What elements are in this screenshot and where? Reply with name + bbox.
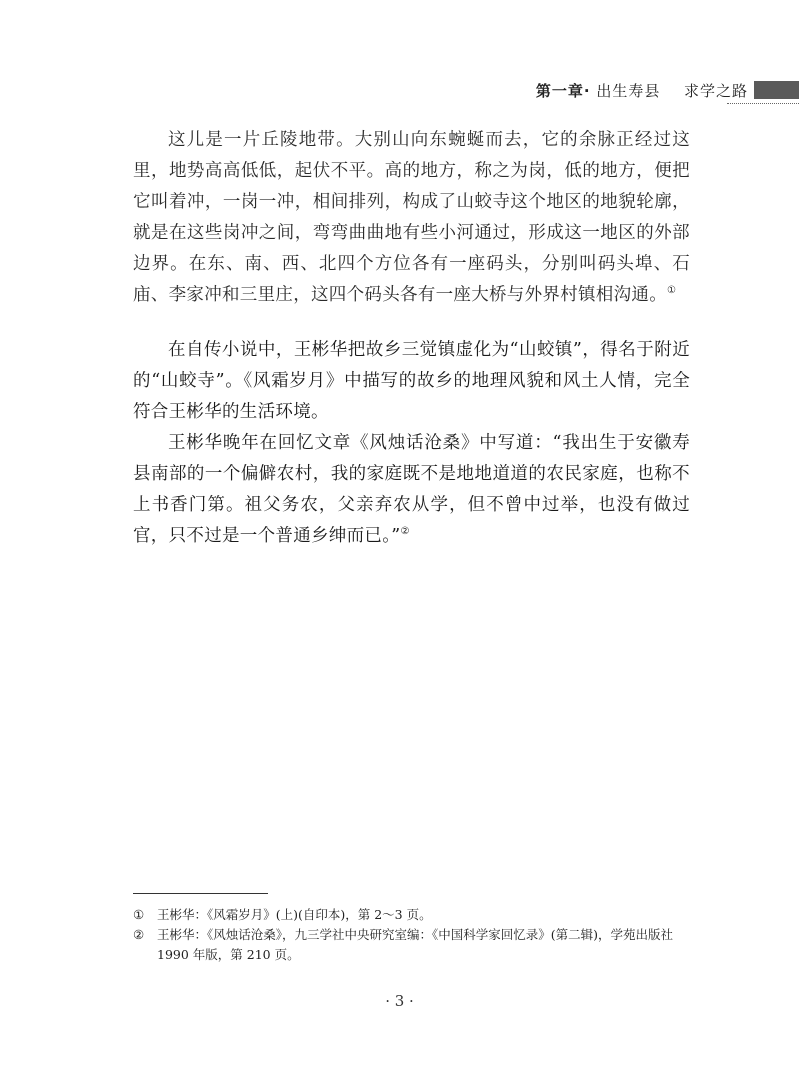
quoted-passage: 这儿是一片丘陵地带。大别山向东蜿蜒而去，它的余脉正经过这里，地势高高低低，起伏不…: [133, 125, 690, 311]
section-title-1: 出生寿县: [596, 82, 660, 100]
footnote-ref-1[interactable]: ①: [667, 285, 676, 296]
chapter-title: 第一章· 出生寿县 求学之路: [536, 80, 748, 101]
paragraph: 在自传小说中，王彬华把故乡三觉镇虚化为“山蛟镇”，得名于附近的“山蛟寺”。《风霜…: [133, 335, 690, 428]
footnote-text: 王彬华：《风烛话沧桑》，九三学社中央研究室编：《中国科学家回忆录》(第二辑)，学…: [157, 925, 703, 965]
footnote-text: 王彬华：《风霜岁月》(上)(自印本)，第 2～3 页。: [157, 905, 703, 925]
main-text: 在自传小说中，王彬华把故乡三觉镇虚化为“山蛟镇”，得名于附近的“山蛟寺”。《风霜…: [133, 335, 690, 552]
running-header: 第一章· 出生寿县 求学之路: [536, 78, 799, 102]
footnote-ref-2[interactable]: ②: [401, 526, 410, 537]
footnote-2: ② 王彬华：《风烛话沧桑》，九三学社中央研究室编：《中国科学家回忆录》(第二辑)…: [133, 925, 703, 965]
header-tab-bar: [754, 81, 799, 99]
page-number: · 3 ·: [0, 992, 799, 1010]
footnote-divider: [133, 893, 268, 894]
footnote-1: ① 王彬华：《风霜岁月》(上)(自印本)，第 2～3 页。: [133, 905, 703, 925]
quote-paragraph: 这儿是一片丘陵地带。大别山向东蜿蜒而去，它的余脉正经过这里，地势高高低低，起伏不…: [133, 125, 690, 311]
footnotes: ① 王彬华：《风霜岁月》(上)(自印本)，第 2～3 页。 ② 王彬华：《风烛话…: [133, 905, 703, 965]
chapter-label: 第一章·: [536, 82, 591, 100]
footnote-mark: ②: [133, 925, 157, 965]
paragraph: 王彬华晚年在回忆文章《风烛话沧桑》中写道：“我出生于安徽寿县南部的一个偏僻农村，…: [133, 428, 690, 552]
section-title-2: 求学之路: [684, 82, 748, 100]
footnote-mark: ①: [133, 905, 157, 925]
header-dotted-rule: [727, 103, 799, 104]
